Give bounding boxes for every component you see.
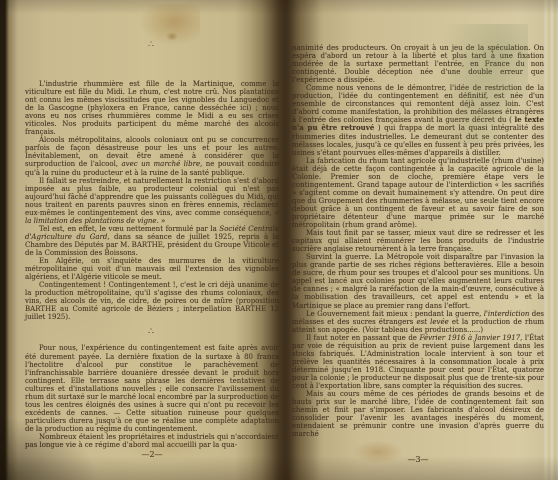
text-segment: Survint la guerre. La Métropole voit dis… bbox=[292, 253, 544, 309]
page-right: nanimité des producteurs. On croyait à u… bbox=[292, 0, 544, 480]
text-segment: Contingentement ! Contingentement !, c'e… bbox=[25, 281, 279, 321]
text-segment: Nombreux étaient les propriétaires et in… bbox=[25, 433, 279, 449]
paragraph: Nombreux étaient les propriétaires et in… bbox=[25, 433, 279, 449]
page-left-text: L'industrie rhummière est fille de la Ma… bbox=[25, 80, 279, 449]
chapter-ornament: ∴ bbox=[25, 0, 279, 50]
paragraph: Il fallait se restreindre, et naturellem… bbox=[25, 177, 279, 225]
paragraph: Mais au cours même de ces périodes de gr… bbox=[292, 390, 544, 438]
paragraph: Alcools métropolitains, alcools coloniau… bbox=[25, 136, 279, 176]
text-segment: l'interdiction bbox=[484, 310, 530, 318]
text-segment: Mais au cours même de ces périodes de gr… bbox=[292, 390, 544, 438]
paragraph: nanimité des producteurs. On croyait à u… bbox=[292, 44, 544, 84]
text-segment: Pour nous, l'expérience du contingenteme… bbox=[25, 344, 279, 432]
text-segment: La fabrication du rhum tant agricole qu'… bbox=[292, 157, 544, 229]
text-segment: Tel est, en effet, le vœu nettement form… bbox=[39, 225, 219, 233]
text-segment: , l'État par voie de réquisition au prix… bbox=[292, 334, 544, 390]
text-segment: L'industrie rhummière est fille de la Ma… bbox=[25, 80, 279, 136]
text-segment: Février 1916 à Janvier 1917 bbox=[419, 334, 520, 342]
paragraph: Survint la guerre. La Métropole voit dis… bbox=[292, 253, 544, 309]
page-number-right: —3— bbox=[292, 455, 544, 464]
paragraph: L'industrie rhummière est fille de la Ma… bbox=[25, 80, 279, 136]
paragraph: Il faut noter en passant que de Février … bbox=[292, 334, 544, 390]
section-divider-ornament: ∴ bbox=[25, 328, 279, 336]
text-segment: est levée bbox=[416, 318, 448, 326]
text-segment: Le Gouvernement fait mieux : pendant la … bbox=[306, 310, 484, 318]
paragraph: Le Gouvernement fait mieux : pendant la … bbox=[292, 310, 544, 334]
text-segment: Mais tout finit par se tasser, mieux vau… bbox=[292, 229, 544, 253]
text-segment: nanimité des producteurs. On croyait à u… bbox=[292, 44, 544, 84]
text-segment: la limitation des plantations de vigne. bbox=[25, 217, 159, 225]
paragraph: Contingentement ! Contingentement !, c'e… bbox=[25, 281, 279, 321]
text-segment: Il faut noter en passant que de bbox=[306, 334, 419, 342]
paragraph: En Algérie, on s'inquiète des murmures d… bbox=[25, 257, 279, 281]
text-segment: En Algérie, on s'inquiète des murmures d… bbox=[25, 257, 279, 281]
text-segment: Il fallait se restreindre, et naturellem… bbox=[25, 177, 279, 217]
text-segment: avec un marché libre bbox=[121, 160, 200, 168]
paragraph: Pour nous, l'expérience du contingenteme… bbox=[25, 344, 279, 433]
page-right-text: nanimité des producteurs. On croyait à u… bbox=[292, 0, 544, 438]
text-segment: Comme nous venons de le démontrer, l'idé… bbox=[292, 84, 544, 124]
book-scan: ∴ L'industrie rhummière est fille de la … bbox=[0, 0, 558, 480]
paragraph: Comme nous venons de le démontrer, l'idé… bbox=[292, 84, 544, 156]
paragraph: La fabrication du rhum tant agricole qu'… bbox=[292, 157, 544, 229]
page-left: ∴ L'industrie rhummière est fille de la … bbox=[25, 0, 279, 480]
text-segment: » bbox=[159, 217, 166, 225]
page-number-left: —2— bbox=[25, 450, 279, 459]
paragraph: Tel est, en effet, le vœu nettement form… bbox=[25, 225, 279, 257]
paragraph: Mais tout finit par se tasser, mieux vau… bbox=[292, 229, 544, 253]
